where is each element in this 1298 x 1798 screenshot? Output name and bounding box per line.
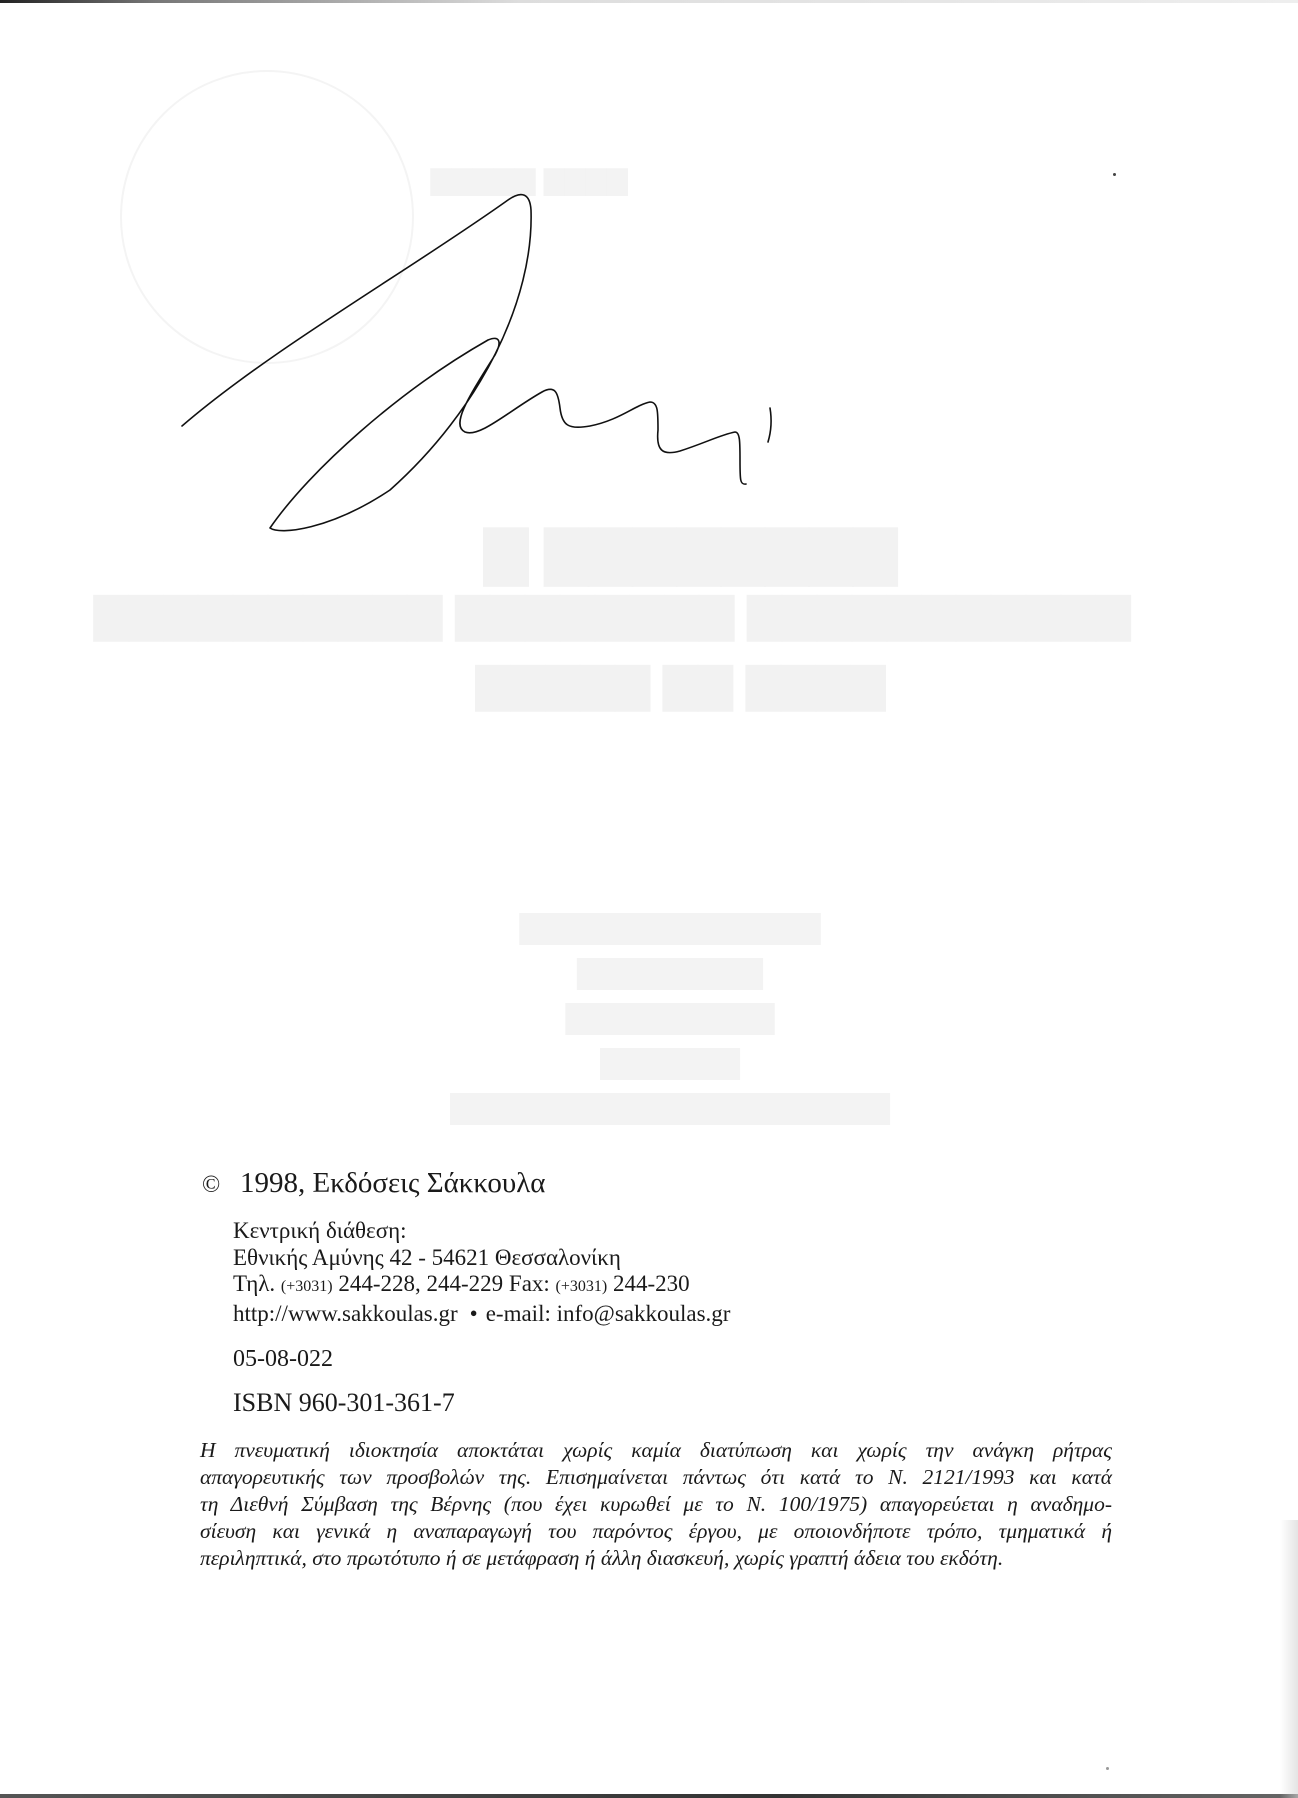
page-edge-top	[0, 0, 1298, 3]
notice-line: Η πνευματική ιδιοκτησία αποκτάται χωρίς …	[200, 1437, 1112, 1464]
copyright-icon: ©	[202, 1167, 240, 1203]
notice-line: σίευση και γενικά η αναπαραγωγή του παρό…	[200, 1518, 1112, 1545]
notice-line: απαγορευτικής των προσβολών της. Επισημα…	[200, 1464, 1112, 1491]
copyright-line: ©1998, Εκδόσεις Σάκκουλα	[202, 1165, 545, 1203]
notice-line: περιληπτικά, στο πρωτότυπο ή σε μετάφρασ…	[200, 1545, 1112, 1572]
bullet-separator: •	[470, 1301, 478, 1328]
web-line: http://www.sakkoulas.gr•e-mail: info@sak…	[233, 1301, 730, 1328]
catalog-code: 05-08-022	[233, 1346, 333, 1373]
copyright-text: 1998, Εκδόσεις Σάκκουλα	[240, 1167, 545, 1199]
isbn: ISBN 960-301-361-7	[233, 1388, 455, 1418]
email-link[interactable]: e-mail: info@sakkoulas.gr	[486, 1301, 731, 1326]
showthrough-block: ▇▇▇▇▇▇▇▇▇▇▇▇▇▇▇▇▇▇▇▇▇▇▇▇▇▇▇▇▇▇▇▇▇▇▇▇▇▇▇▇…	[410, 905, 930, 1130]
showthrough-text: ▇▇▇▇ ▇▇ ▇▇▇▇▇	[470, 660, 890, 711]
street-address: Εθνικής Αμύνης 42 - 54621 Θεσσαλονίκη	[233, 1245, 730, 1272]
scan-speck	[1106, 1767, 1109, 1770]
copyright-notice: Η πνευματική ιδιοκτησία αποκτάται χωρίς …	[200, 1437, 1112, 1572]
phone-line: Τηλ. (+3031) 244-228, 244-229 Fax: (+303…	[233, 1271, 730, 1301]
distribution-label: Κεντρική διάθεση:	[233, 1218, 730, 1245]
publisher-address: Κεντρική διάθεση: Εθνικής Αμύνης 42 - 54…	[233, 1218, 730, 1327]
website-link[interactable]: http://www.sakkoulas.gr	[233, 1301, 458, 1326]
page-edge-bottom	[0, 1794, 1298, 1798]
page-edge-shadow	[1280, 1520, 1298, 1798]
showthrough-text: ▇▇▇▇▇▇▇▇▇▇▇ ▇▇▇▇▇▇▇▇ ▇▇▇▇▇▇▇▇▇▇	[230, 590, 1130, 641]
signature	[150, 180, 910, 540]
scan-speck	[1113, 173, 1116, 176]
notice-line: τη Διεθνή Σύμβαση της Βέρνης (που έχει κ…	[200, 1491, 1112, 1518]
